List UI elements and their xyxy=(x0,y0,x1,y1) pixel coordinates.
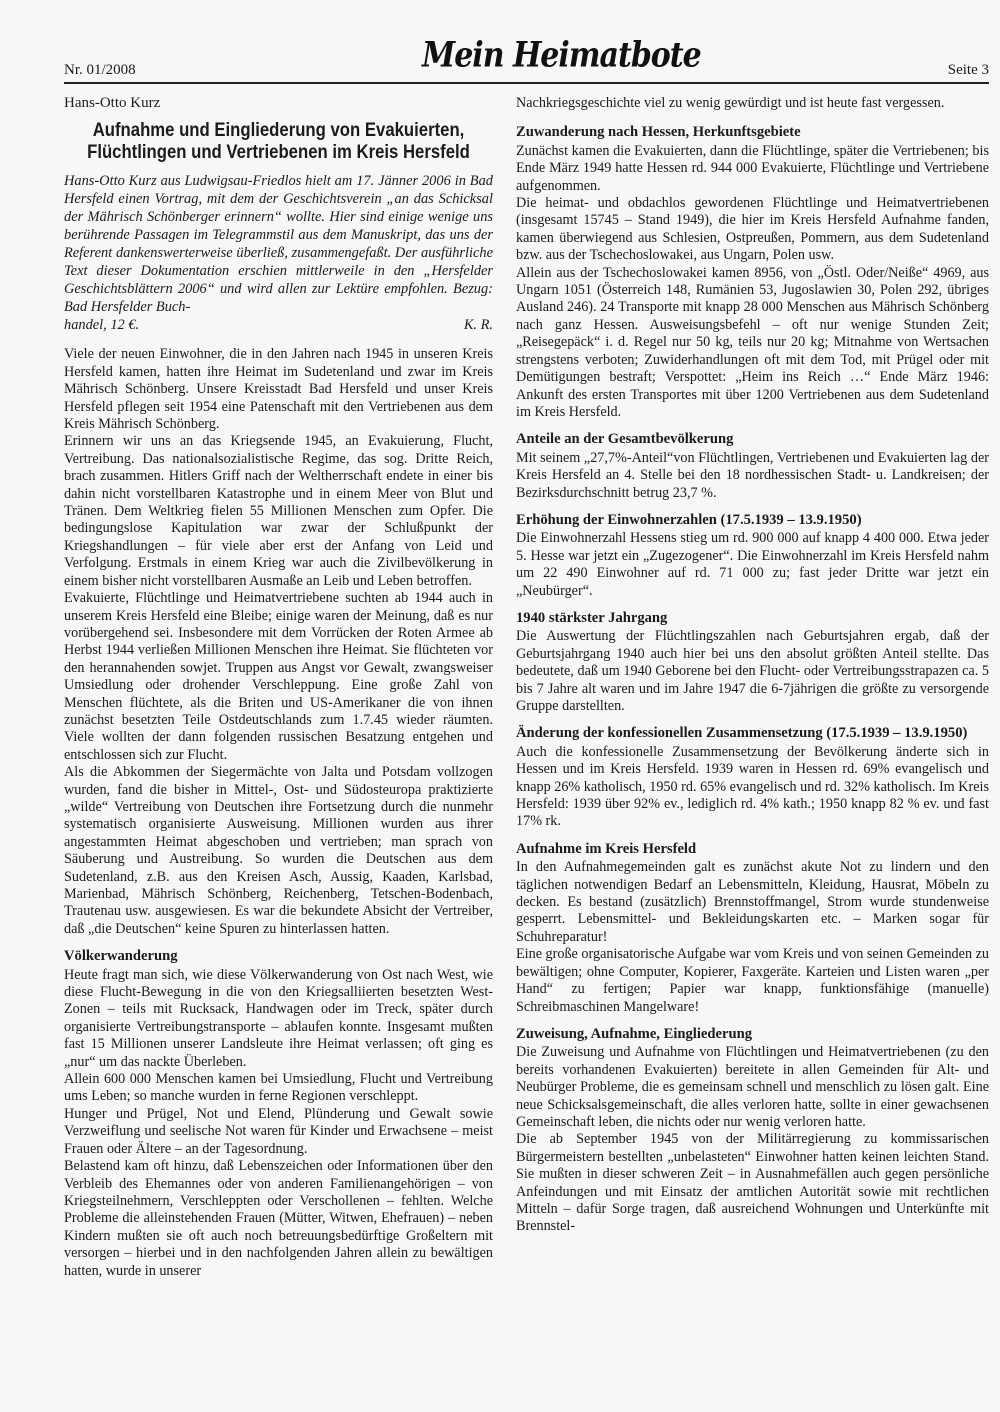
paragraph: Die Zuweisung und Aufnahme von Flüchtlin… xyxy=(516,1044,989,1131)
paragraph: Die heimat- und obdachlos gewordenen Flü… xyxy=(516,195,989,265)
paragraph: Zunächst kamen die Evakuierten, dann die… xyxy=(516,143,989,195)
section-heading: Zuwanderung nach Hessen, Herkunftsgebiet… xyxy=(516,124,989,141)
editor-initials: K. R. xyxy=(464,316,493,334)
paragraph: Auch die konfessionelle Zusammensetzung … xyxy=(516,744,989,831)
section-heading: Anteile an der Gesamtbevölkerung xyxy=(516,431,989,448)
newspaper-page: Nr. 01/2008 Mein Heimatbote Seite 3 Hans… xyxy=(64,0,989,1412)
paragraph: Nachkriegsgeschichte viel zu wenig gewür… xyxy=(516,95,989,112)
section-heading: Änderung der konfessionellen Zusammenset… xyxy=(516,725,989,742)
paragraph: Evakuierte, Flüchtlinge und Heimatvertri… xyxy=(64,590,493,764)
paragraph: Eine große organisatorische Aufgabe war … xyxy=(516,946,989,1016)
paragraph: In den Aufnahmegemeinden galt es zunächs… xyxy=(516,859,989,946)
paragraph: Allein aus der Tschechoslowakei kamen 89… xyxy=(516,265,989,422)
section-heading: Völkerwanderung xyxy=(64,948,493,965)
paragraph: Hunger und Prügel, Not und Elend, Plünde… xyxy=(64,1106,493,1158)
intro-text: Hans-Otto Kurz aus Ludwigsau-Friedlos hi… xyxy=(64,172,493,316)
paragraph: Die ab September 1945 von der Militärreg… xyxy=(516,1131,989,1235)
section-heading: 1940 stärkster Jahrgang xyxy=(516,610,989,627)
paragraph: Die Auswertung der Flüchtlingszahlen nac… xyxy=(516,628,989,715)
section-heading: Erhöhung der Einwohnerzahlen (17.5.1939 … xyxy=(516,512,989,529)
intro-footer: handel, 12 €. K. R. xyxy=(64,316,493,334)
article-headline: Aufnahme und Eingliederung von Evakuiert… xyxy=(65,120,492,164)
newspaper-logo: Mein Heimatbote xyxy=(422,35,701,75)
section-heading: Zuweisung, Aufnahme, Eingliederung xyxy=(516,1026,989,1043)
headline-line-1: Aufnahme und Eingliederung von Evakuiert… xyxy=(65,120,492,142)
paragraph: Mit seinem „27,7%-Anteil“von Flüchtlinge… xyxy=(516,450,989,502)
paragraph: Erinnern wir uns an das Kriegsende 1945,… xyxy=(64,433,493,590)
paragraph: Viele der neuen Einwohner, die in den Ja… xyxy=(64,346,493,433)
article-intro: Hans-Otto Kurz aus Ludwigsau-Friedlos hi… xyxy=(64,172,493,334)
right-column: Nachkriegsgeschichte viel zu wenig gewür… xyxy=(516,95,989,1236)
paragraph: Heute fragt man sich, wie diese Völkerwa… xyxy=(64,967,493,1071)
intro-last-line: handel, 12 €. xyxy=(64,316,139,334)
paragraph: Als die Abkommen der Siegermächte von Ja… xyxy=(64,764,493,938)
headline-line-2: Flüchtlingen und Vertriebenen im Kreis H… xyxy=(65,142,492,164)
header-rule xyxy=(64,82,989,84)
paragraph: Die Einwohnerzahl Hessens stieg um rd. 9… xyxy=(516,530,989,600)
left-column: Hans-Otto Kurz Aufnahme und Eingliederun… xyxy=(64,95,493,1280)
issue-number: Nr. 01/2008 xyxy=(64,62,136,79)
paragraph: Allein 600 000 Menschen kamen bei Umsied… xyxy=(64,1071,493,1106)
page-number: Seite 3 xyxy=(948,62,989,79)
paragraph: Belastend kam oft hinzu, daß Lebenszeich… xyxy=(64,1158,493,1280)
masthead: Nr. 01/2008 Mein Heimatbote Seite 3 xyxy=(64,0,989,84)
section-heading: Aufnahme im Kreis Hersfeld xyxy=(516,841,989,858)
author-name: Hans-Otto Kurz xyxy=(64,95,493,112)
